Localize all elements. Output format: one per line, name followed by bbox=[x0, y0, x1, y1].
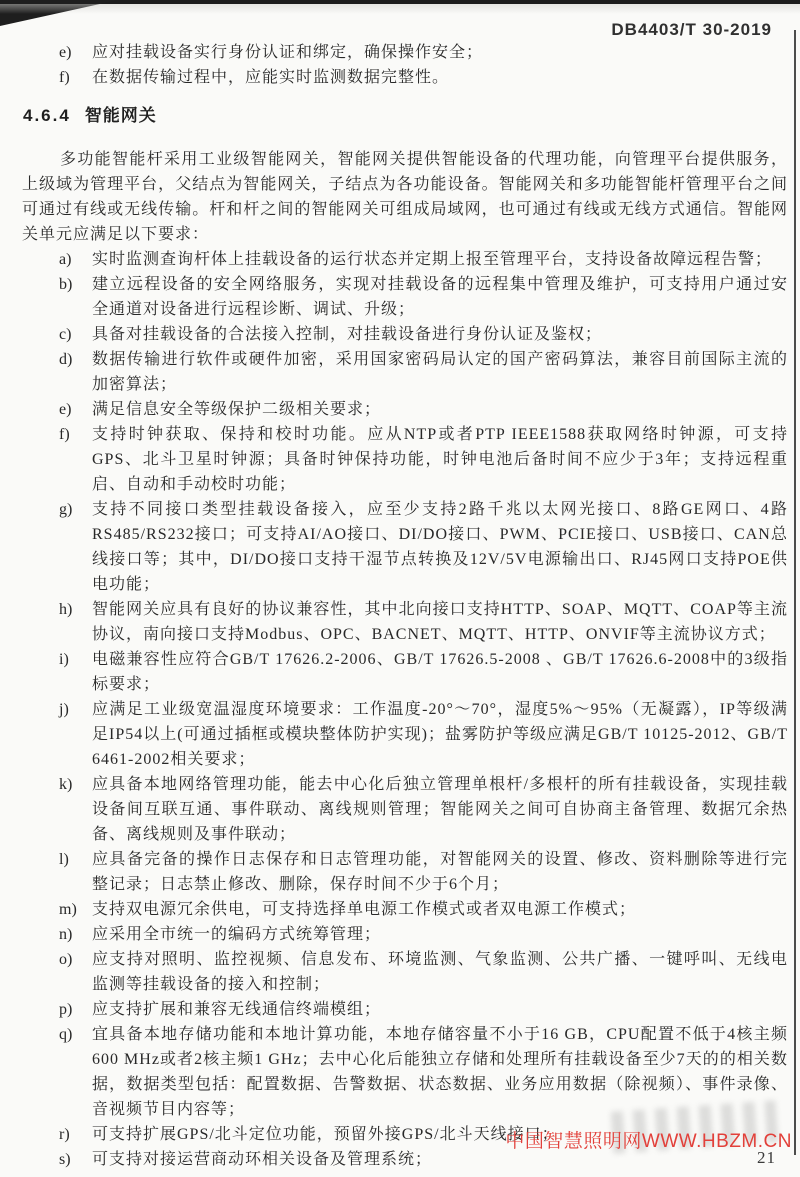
list-item: c) 具备对挂载设备的合法接入控制，对挂载设备进行身份认证及鉴权； bbox=[22, 322, 788, 347]
list-item-label: q) bbox=[59, 1022, 92, 1047]
list-item: o) 应支持对照明、监控视频、信息发布、环境监测、气象监测、公共广播、一键呼叫、… bbox=[22, 947, 788, 997]
page-content: e) 应对挂载设备实行身份认证和绑定，确保操作安全； f) 在数据传输过程中，应… bbox=[0, 40, 800, 1172]
list-item-label: s) bbox=[59, 1147, 92, 1172]
list-item-label: g) bbox=[59, 497, 92, 522]
scan-shade bbox=[0, 4, 800, 14]
section-number: 4.6.4 bbox=[23, 106, 71, 125]
list-item-text: 在数据传输过程中，应能实时监测数据完整性。 bbox=[92, 65, 788, 90]
list-item-label: p) bbox=[59, 997, 92, 1022]
list-item-text: 支持时钟获取、保持和校时功能。应从NTP或者PTP IEEE1588获取网络时钟… bbox=[92, 422, 788, 497]
list-item: i) 电磁兼容性应符合GB/T 17626.2-2006、GB/T 17626.… bbox=[22, 647, 788, 697]
list-item-text: 建立远程设备的安全网络服务，实现对挂载设备的远程集中管理及维护，可支持用户通过安… bbox=[92, 272, 788, 322]
list-item-text: 智能网关应具有良好的协议兼容性，其中北向接口支持HTTP、SOAP、MQTT、C… bbox=[92, 597, 788, 647]
list-item: d) 数据传输进行软件或硬件加密，采用国家密码局认定的国产密码算法，兼容目前国际… bbox=[22, 347, 788, 397]
list-item-label: c) bbox=[59, 322, 92, 347]
list-item: f) 在数据传输过程中，应能实时监测数据完整性。 bbox=[22, 65, 788, 90]
list-item: l) 应具备完备的操作日志保存和日志管理功能，对智能网关的设置、修改、资料删除等… bbox=[22, 847, 788, 897]
list-item: k) 应具备本地网络管理功能，能去中心化后独立管理单根杆/多根杆的所有挂载设备，… bbox=[22, 772, 788, 847]
list-item-text: 应具备完备的操作日志保存和日志管理功能，对智能网关的设置、修改、资料删除等进行完… bbox=[92, 847, 788, 897]
list-item-text: 数据传输进行软件或硬件加密，采用国家密码局认定的国产密码算法，兼容目前国际主流的… bbox=[92, 347, 788, 397]
list-item-text: 支持双电源冗余供电，可支持选择单电源工作模式或者双电源工作模式； bbox=[92, 897, 788, 922]
list-item-label: r) bbox=[59, 1122, 92, 1147]
list-item-text: 应支持扩展和兼容无线通信终端模组； bbox=[92, 997, 788, 1022]
document-number: DB4403/T 30-2019 bbox=[611, 20, 772, 40]
list-item-text: 支持不同接口类型挂载设备接入，应至少支持2路千兆以太网光接口、8路GE网口、4路… bbox=[92, 497, 788, 597]
list-item-label: f) bbox=[59, 422, 92, 447]
list-item-label: f) bbox=[59, 65, 92, 90]
previous-section-list: e) 应对挂载设备实行身份认证和绑定，确保操作安全； f) 在数据传输过程中，应… bbox=[0, 40, 800, 90]
list-item-text: 应具备本地网络管理功能，能去中心化后独立管理单根杆/多根杆的所有挂载设备，实现挂… bbox=[92, 772, 788, 847]
list-item-label: o) bbox=[59, 947, 92, 972]
list-item-text: 应支持对照明、监控视频、信息发布、环境监测、气象监测、公共广播、一键呼叫、无线电… bbox=[92, 947, 788, 997]
list-item: a) 实时监测查询杆体上挂载设备的运行状态并定期上报至管理平台，支持设备故障远程… bbox=[22, 247, 788, 272]
list-item-label: k) bbox=[59, 772, 92, 797]
section-title: 智能网关 bbox=[85, 106, 157, 125]
list-item-text: 应满足工业级宽温湿度环境要求：工作温度-20°～70°，湿度5%～95%（无凝露… bbox=[92, 697, 788, 772]
list-item-label: a) bbox=[59, 247, 92, 272]
list-item-label: l) bbox=[59, 847, 92, 872]
list-item-label: b) bbox=[59, 272, 92, 297]
list-item: h) 智能网关应具有良好的协议兼容性，其中北向接口支持HTTP、SOAP、MQT… bbox=[22, 597, 788, 647]
list-item: e) 应对挂载设备实行身份认证和绑定，确保操作安全； bbox=[22, 40, 788, 65]
list-item-label: e) bbox=[59, 40, 92, 65]
list-item: g) 支持不同接口类型挂载设备接入，应至少支持2路千兆以太网光接口、8路GE网口… bbox=[22, 497, 788, 597]
list-item-label: m) bbox=[59, 897, 92, 922]
list-item-text: 应对挂载设备实行身份认证和绑定，确保操作安全； bbox=[92, 40, 788, 65]
list-item: e) 满足信息安全等级保护二级相关要求； bbox=[22, 397, 788, 422]
watermark-text: 中国智慧照明网WWW.HBZM.CN bbox=[505, 1126, 792, 1153]
requirements-list: a) 实时监测查询杆体上挂载设备的运行状态并定期上报至管理平台，支持设备故障远程… bbox=[0, 247, 800, 1172]
section-heading: 4.6.4智能网关 bbox=[0, 103, 800, 128]
list-item-text: 应采用全市统一的编码方式统筹管理； bbox=[92, 922, 788, 947]
intro-paragraph: 多功能智能杆采用工业级智能网关，智能网关提供智能设备的代理功能，向管理平台提供服… bbox=[0, 147, 800, 247]
list-item-label: e) bbox=[59, 397, 92, 422]
list-item: n) 应采用全市统一的编码方式统筹管理； bbox=[22, 922, 788, 947]
list-item-label: h) bbox=[59, 597, 92, 622]
list-item-text: 电磁兼容性应符合GB/T 17626.2-2006、GB/T 17626.5-2… bbox=[92, 647, 788, 697]
list-item-label: d) bbox=[59, 347, 92, 372]
list-item-text: 具备对挂载设备的合法接入控制，对挂载设备进行身份认证及鉴权； bbox=[92, 322, 788, 347]
list-item-label: j) bbox=[59, 697, 92, 722]
list-item: j) 应满足工业级宽温湿度环境要求：工作温度-20°～70°，湿度5%～95%（… bbox=[22, 697, 788, 772]
list-item: b) 建立远程设备的安全网络服务，实现对挂载设备的远程集中管理及维护，可支持用户… bbox=[22, 272, 788, 322]
list-item-label: i) bbox=[59, 647, 92, 672]
list-item-label: n) bbox=[59, 922, 92, 947]
list-item: m) 支持双电源冗余供电，可支持选择单电源工作模式或者双电源工作模式； bbox=[22, 897, 788, 922]
list-item-text: 满足信息安全等级保护二级相关要求； bbox=[92, 397, 788, 422]
list-item: f) 支持时钟获取、保持和校时功能。应从NTP或者PTP IEEE1588获取网… bbox=[22, 422, 788, 497]
list-item-text: 实时监测查询杆体上挂载设备的运行状态并定期上报至管理平台，支持设备故障远程告警； bbox=[92, 247, 788, 272]
list-item: p) 应支持扩展和兼容无线通信终端模组； bbox=[22, 997, 788, 1022]
page-number: 21 bbox=[757, 1148, 776, 1168]
